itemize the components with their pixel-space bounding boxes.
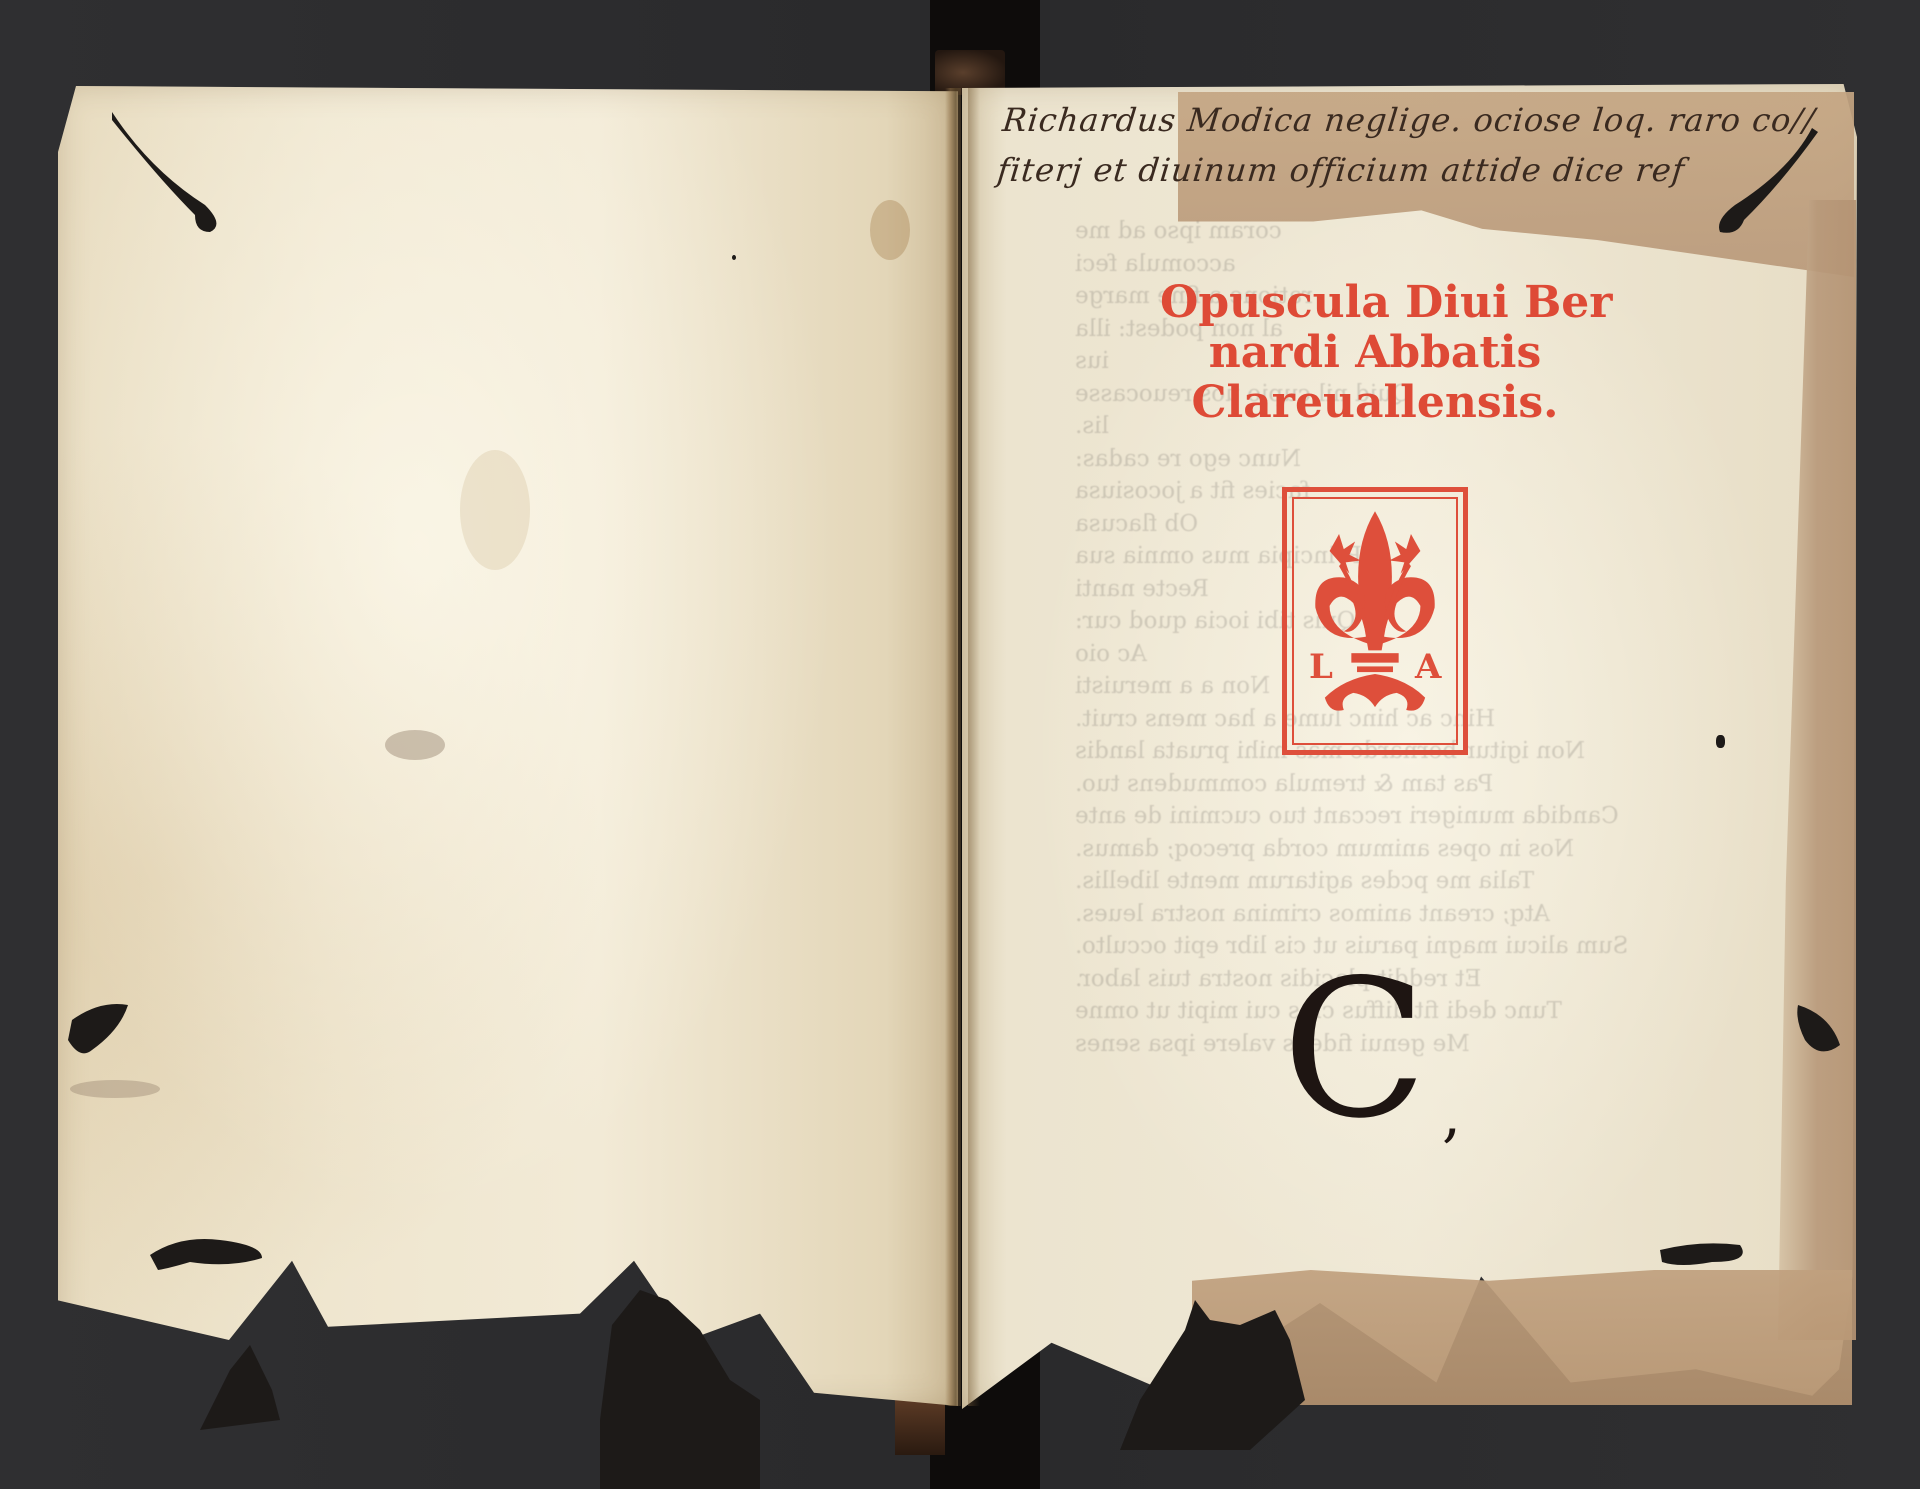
stain-spot (385, 730, 445, 760)
title-line-1: Opuscula Diui Ber (1160, 278, 1590, 328)
signature-letter: C (1282, 955, 1427, 1145)
foxing-spot (460, 450, 530, 570)
foxing-spot (870, 200, 910, 260)
inscription-line-1: Richardus Modica neglige. ociose loq. ra… (1000, 95, 1845, 145)
ink-dot (1716, 735, 1725, 748)
gutter-shadow-left (945, 88, 961, 1406)
printers-mark-letter-l: L (1309, 647, 1333, 687)
foxing-spot (70, 1080, 160, 1098)
ink-dot (732, 255, 736, 260)
title-line-2: nardi Abbatis (1160, 328, 1590, 378)
gutter-shadow-right (968, 88, 980, 1406)
printers-mark: L A (1282, 487, 1468, 755)
title-line-3: Clareuallensis. (1160, 378, 1590, 428)
handwritten-inscription: Richardus Modica neglige. ociose loq. ra… (995, 95, 1846, 195)
left-page-blank (58, 86, 958, 1406)
water-stain-bottom (1192, 1270, 1852, 1405)
inscription-line-2: fiterj et diuinum officium attide dice r… (995, 145, 1840, 195)
printers-mark-letter-a: A (1415, 647, 1441, 687)
signature-punctuation: , (1442, 1080, 1461, 1150)
spine-leather-bottom (895, 1400, 945, 1455)
book-title: Opuscula Diui Ber nardi Abbatis Clareual… (1160, 278, 1590, 428)
fleur-de-lis-icon (1287, 492, 1463, 750)
